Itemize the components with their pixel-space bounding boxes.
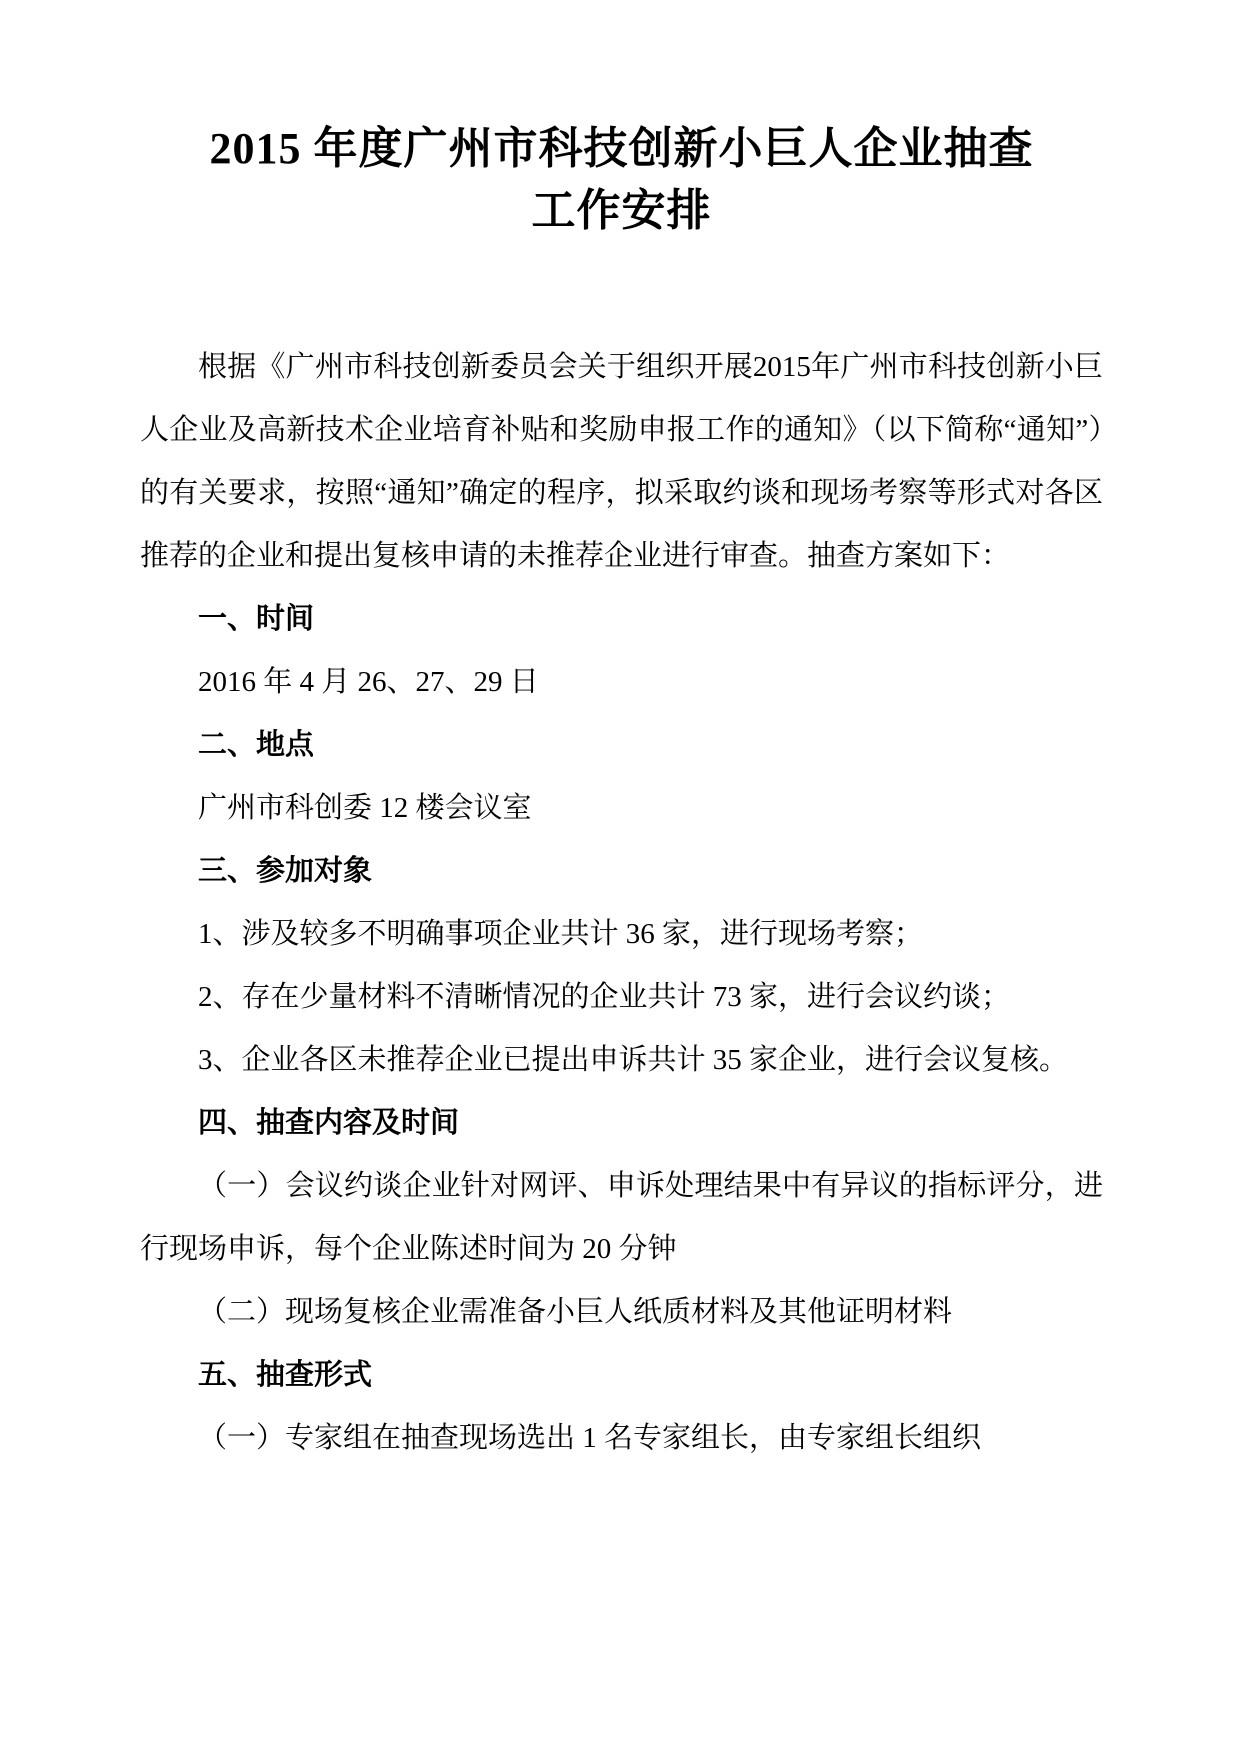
para-participants-item-2: 2、存在少量材料不清晰情况的企业共计 73 家，进行会议约谈；	[140, 966, 1103, 1029]
para-participants-item-3: 3、企业各区未推荐企业已提出申诉共计 35 家企业，进行会议复核。	[140, 1029, 1103, 1092]
document-title: 2015 年度广州市科技创新小巨人企业抽查 工作安排	[140, 118, 1103, 242]
para-time-date: 2016 年 4 月 26、27、29 日	[140, 651, 1103, 714]
section-heading-participants: 三、参加对象	[140, 840, 1103, 903]
para-participants-item-1: 1、涉及较多不明确事项企业共计 36 家，进行现场考察；	[140, 903, 1103, 966]
document-page: 2015 年度广州市科技创新小巨人企业抽查 工作安排 根据《广州市科技创新委员会…	[0, 0, 1240, 1754]
para-format-item-1: （一）专家组在抽查现场选出 1 名专家组长，由专家组长组织	[140, 1407, 1103, 1470]
section-heading-format: 五、抽查形式	[140, 1344, 1103, 1407]
section-heading-content-time: 四、抽查内容及时间	[140, 1092, 1103, 1155]
section-heading-location: 二、地点	[140, 714, 1103, 777]
document-body: 根据《广州市科技创新委员会关于组织开展2015年广州市科技创新小巨人企业及高新技…	[140, 336, 1103, 1470]
document-title-line-1: 2015 年度广州市科技创新小巨人企业抽查	[140, 118, 1103, 180]
section-heading-time: 一、时间	[140, 588, 1103, 651]
para-content-item-2: （二）现场复核企业需准备小巨人纸质材料及其他证明材料	[140, 1281, 1103, 1344]
document-title-line-2: 工作安排	[140, 180, 1103, 242]
intro-paragraph: 根据《广州市科技创新委员会关于组织开展2015年广州市科技创新小巨人企业及高新技…	[140, 336, 1103, 588]
para-content-item-1: （一）会议约谈企业针对网评、申诉处理结果中有异议的指标评分，进行现场申诉，每个企…	[140, 1155, 1103, 1281]
para-location: 广州市科创委 12 楼会议室	[140, 777, 1103, 840]
